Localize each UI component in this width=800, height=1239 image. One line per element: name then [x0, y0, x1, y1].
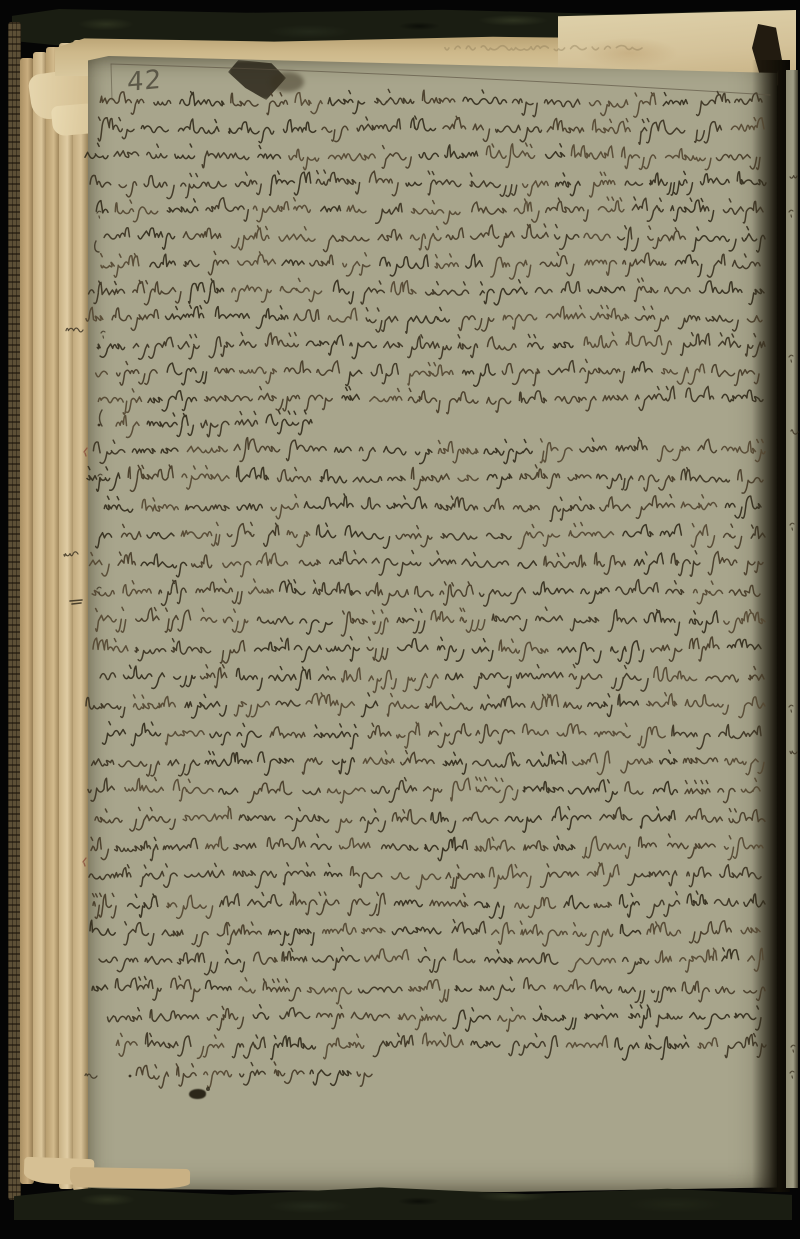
handwriting-stroke: [83, 858, 86, 866]
handwriting-stroke: [70, 600, 82, 604]
handwriting-stroke: [166, 305, 450, 333]
handwriting-stroke: [142, 495, 717, 519]
handwriting-stroke: [89, 863, 761, 888]
handwriting-stroke: [104, 225, 638, 251]
handwriting-stroke: [392, 863, 620, 889]
handwriting-stroke: [115, 834, 418, 860]
handwriting-stroke: [111, 64, 770, 95]
handwriting-stroke: [240, 1063, 266, 1085]
handwriting-stroke: [116, 416, 139, 438]
handwriting-stroke: [133, 332, 765, 359]
handwriting-stroke: [790, 523, 794, 530]
handwriting-stroke: [86, 305, 629, 329]
handwriting-stroke: [789, 210, 793, 217]
handwriting-stroke: [270, 723, 514, 748]
handwriting-stroke: [366, 308, 738, 332]
handwriting-stroke: [264, 523, 765, 546]
handwriting-stroke: [103, 722, 358, 749]
handwriting-stroke: [325, 863, 342, 876]
period-dot: [98, 424, 101, 427]
handwriting-stroke: [593, 118, 765, 134]
handwriting-stroke: [295, 93, 656, 118]
handwriting-stroke: [96, 363, 705, 385]
handwriting-stroke: [114, 144, 249, 168]
handwriting-stroke: [201, 411, 258, 436]
handwriting-stroke: [115, 197, 624, 224]
handwriting-stroke: [187, 439, 765, 463]
handwriting-stroke: [204, 1071, 232, 1088]
handwriting-stroke: [584, 332, 671, 354]
handwriting-stroke: [322, 116, 584, 141]
scanned-manuscript-photo: 42: [0, 0, 800, 1239]
period-dot: [129, 1075, 132, 1078]
handwriting-stroke: [64, 552, 78, 556]
handwriting-stroke: [147, 411, 312, 437]
handwriting-stroke: [93, 438, 647, 464]
handwriting-stroke: [472, 198, 588, 221]
handwriting-stroke: [790, 1071, 794, 1078]
handwriting-stroke: [97, 211, 101, 218]
handwriting-stroke: [310, 1070, 351, 1085]
ink-blot: [206, 1087, 210, 1091]
handwriting-stroke: [171, 976, 765, 1002]
handwriting-stroke: [439, 46, 642, 51]
handwriting-stroke: [232, 278, 416, 302]
handwriting-stroke: [99, 948, 649, 975]
handwriting-stroke: [101, 252, 617, 279]
handwriting-stroke: [382, 146, 760, 170]
handwriting-stroke: [790, 751, 797, 754]
handwriting-stroke: [90, 170, 642, 199]
handwriting-stroke: [95, 807, 765, 831]
handwriting-stroke: [365, 948, 763, 972]
handwriting-stroke: [239, 807, 632, 832]
handwriting-stroke: [108, 1008, 683, 1027]
handwriting-stroke: [280, 580, 609, 603]
handwriting-stroke: [791, 430, 798, 434]
handwriting-stroke: [95, 241, 99, 252]
handwriting-stroke: [146, 1033, 767, 1058]
handwriting-stroke: [342, 667, 697, 693]
handwriting-stroke: [672, 725, 761, 749]
handwriting-stroke: [134, 693, 766, 718]
ink-blot: [189, 1089, 206, 1099]
handwriting-stroke: [789, 705, 793, 712]
handwriting-stroke: [239, 978, 585, 1004]
handwriting-stroke: [300, 610, 718, 636]
handwriting-stroke: [232, 226, 611, 250]
handwriting-stroke: [205, 387, 628, 414]
handwriting-stroke: [150, 254, 702, 276]
handwriting-stroke: [189, 279, 764, 305]
handwriting-stroke: [96, 198, 713, 221]
handwriting-stroke: [192, 921, 731, 947]
handwriting-stroke: [789, 355, 793, 362]
handwriting-stroke: [111, 64, 112, 100]
handwriting-stroke: [85, 1074, 97, 1078]
handwriting-stroke: [255, 637, 761, 665]
handwriting-stroke: [207, 1005, 389, 1030]
handwriting-stroke: [790, 176, 797, 179]
handwriting-stroke: [519, 386, 713, 410]
handwriting-stroke: [135, 639, 211, 661]
handwriting-ink-layer: [0, 0, 800, 1239]
handwriting-stroke: [100, 410, 103, 426]
handwriting-stroke: [90, 920, 641, 945]
handwriting-stroke: [270, 171, 766, 196]
handwriting-stroke: [84, 448, 87, 456]
handwriting-stroke: [289, 143, 711, 170]
handwriting-stroke: [166, 722, 666, 748]
handwriting-stroke: [66, 328, 83, 332]
handwriting-stroke: [219, 780, 678, 802]
handwriting-stroke: [351, 864, 579, 888]
handwriting-stroke: [271, 1035, 689, 1060]
handwriting-stroke: [253, 1005, 761, 1031]
handwriting-stroke: [220, 892, 739, 918]
handwriting-stroke: [791, 1045, 795, 1052]
handwriting-stroke: [132, 439, 532, 463]
handwriting-stroke: [118, 552, 763, 575]
handwriting-stroke: [101, 331, 105, 338]
